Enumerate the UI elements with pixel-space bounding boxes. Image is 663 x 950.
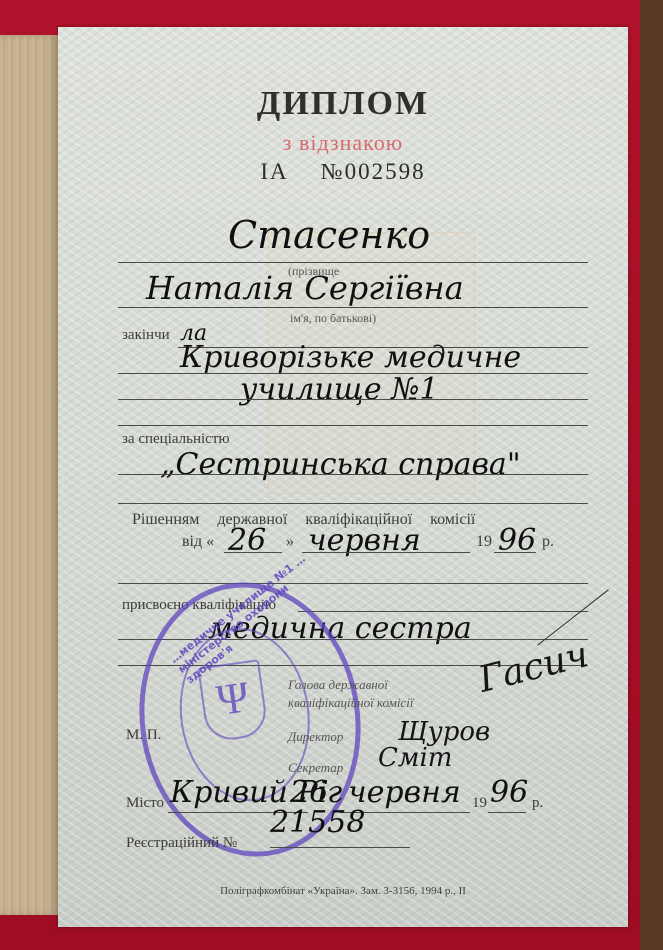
issue-year-suffix: р.	[532, 795, 543, 812]
decision-label: Рішенням державної кваліфікаційної коміс…	[132, 511, 475, 529]
issue-year: 96	[490, 775, 528, 810]
specialty-label: за спеціальністю	[122, 431, 230, 448]
diploma-page: ДИПЛОМ з відзнакою ІА№002598 Стасенко (п…	[58, 27, 628, 927]
registration-label: Реєстраційний №	[126, 835, 237, 852]
completed-label: закінчи	[122, 327, 170, 344]
mp-label: М. П.	[126, 727, 161, 744]
specialty: „Сестринська справа"	[160, 447, 521, 482]
decision-year-prefix: 19	[476, 533, 492, 551]
decision-year-suffix: р.	[542, 533, 554, 551]
document-subtitle: з відзнакою	[58, 130, 628, 156]
city-label: Місто	[126, 795, 164, 812]
issue-year-prefix: 19	[472, 795, 487, 812]
serial-number: ІА№002598	[58, 159, 628, 185]
commission-head-label-2: кваліфікаційної комісії	[288, 695, 413, 711]
institution-line-1: Криворізьке медичне	[180, 340, 521, 375]
commission-head-label-1: Голова державної	[288, 677, 388, 693]
secretary-signature: Сміт	[378, 743, 452, 773]
registration-number: 21558	[270, 805, 365, 840]
series: ІА	[260, 159, 288, 184]
decision-from: від «	[182, 533, 214, 551]
head-signature: Гасич	[475, 634, 593, 701]
decision-close: »	[286, 533, 294, 551]
surname: Стасенко	[228, 213, 430, 257]
given-names: Наталія Сергіївна	[146, 269, 464, 307]
given-names-label: ім'я, по батькові)	[290, 311, 376, 326]
document-title: ДИПЛОМ	[58, 85, 628, 123]
book-spine	[0, 35, 58, 915]
secretary-label: Секретар	[288, 760, 343, 776]
number: №002598	[321, 159, 426, 184]
director-label: Директор	[288, 729, 343, 745]
institution-line-2: училище №1	[240, 372, 439, 407]
printer-footer: Поліграфкомбінат «Україна». Зам. 3-3156,…	[58, 885, 628, 897]
